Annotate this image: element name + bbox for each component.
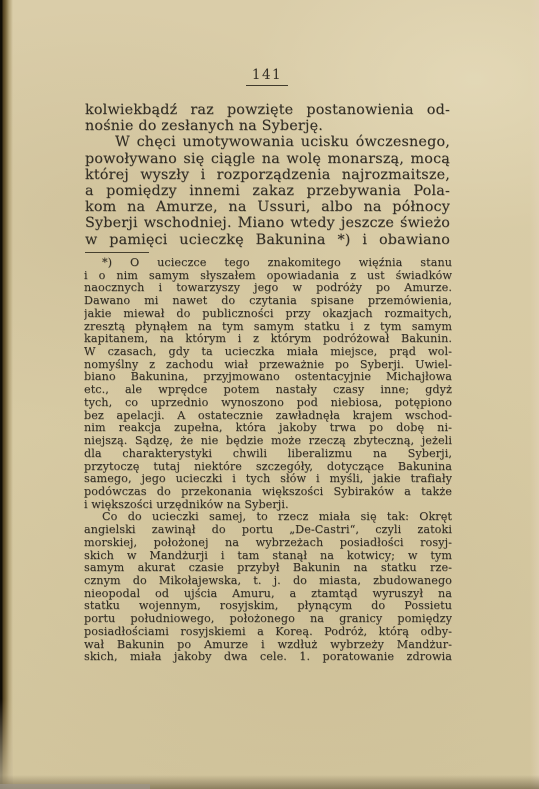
text-line: powoływano się ciągle na wolę monarszą, … [85, 151, 450, 167]
text-line: skich w Mandżurji i tam stanął na kotwic… [84, 550, 452, 563]
text-line: przytoczę tutaj niektóre szczegóły, doty… [84, 461, 452, 474]
text-line: naocznych i towarzyszy jego w podróży po… [84, 282, 452, 295]
scanned-book-page: 141 kolwiekbądź raz powzięte postanowien… [0, 0, 539, 789]
text-line: etc., ale wprędce potem nastały czasy in… [84, 384, 452, 397]
text-line: zresztą płynąłem na tym samym statku i z… [84, 321, 452, 334]
text-line: w pamięci ucieczkę Bakunina *) i obawian… [85, 232, 450, 248]
text-line: nieopodal od ujścia Amuru, a ztamtąd wyr… [84, 588, 452, 601]
text-line: bez apelacji. A ostatecznie zawładnęła k… [84, 410, 452, 423]
text-line: kom na Amurze, na Ussuri, albo na północ… [85, 199, 450, 215]
main-text-block: kolwiekbądź raz powzięte postanowienia o… [85, 102, 450, 248]
text-line: a pomiędzy innemi zakaz przebywania Pola… [85, 183, 450, 199]
page-right-edge [530, 0, 539, 789]
text-line: portu południowego, położonego na granic… [84, 613, 452, 626]
text-line: i o nim samym słyszałem opowiadania z us… [84, 270, 452, 283]
text-line: wał Bakunin po Amurze i wzdłuż wybrzeży … [84, 639, 452, 652]
text-line: skich, miała jakoby dwa cele. 1. poratow… [84, 651, 452, 664]
text-line: jakie miewał do publiczności przy okazja… [84, 308, 452, 321]
paragraph: *) O ucieczce tego znakomitego więźnia s… [84, 257, 452, 511]
text-line: posiadłościami rosyjskiemi a Koreą. Podr… [84, 626, 452, 639]
text-line: podówczas do przekonania większości Sybi… [84, 486, 452, 499]
text-line: statku wojennym, rosyjskim, płynącym do … [84, 600, 452, 613]
text-line: nim reakcja zupełna, która jakoby trwa p… [84, 422, 452, 435]
text-line: Co do ucieczki samej, to rzecz miała się… [84, 511, 452, 524]
paragraph: kolwiekbądź raz powzięte postanowienia o… [85, 102, 450, 134]
text-line: angielski zawinął do portu „De-Castri“, … [84, 524, 452, 537]
text-line: niejszą. Sądzę, że nie będzie może rzecz… [84, 435, 452, 448]
scan-bottom-strip [0, 784, 150, 789]
text-line: samym akurat czasie przybył Bakunin na s… [84, 562, 452, 575]
book-gutter-edge [0, 0, 13, 789]
page-number-text: 141 [246, 67, 288, 86]
text-line: *) O ucieczce tego znakomitego więźnia s… [84, 257, 452, 270]
text-line: kapitanem, na którym i z którym podróżow… [84, 333, 452, 346]
text-line: tych, co uprzednio wynoszono pod niebios… [84, 397, 452, 410]
text-line: nośnie do zesłanych na Syberję. [85, 118, 450, 134]
text-line: Syberji wschodniej. Miano wtedy jeszcze … [85, 215, 450, 231]
text-line: morskiej, położonej na wybrzeżach posiad… [84, 537, 452, 550]
text-line: samego, jego ucieczki i tych słów i myśl… [84, 473, 452, 486]
text-line: i większości urzędników na Syberji. [84, 499, 452, 512]
paragraph: W chęci umotywowania ucisku ówczesnego,p… [85, 134, 450, 247]
footnote-block: *) O ucieczce tego znakomitego więźnia s… [84, 257, 452, 664]
text-line: której wyszły i rozporządzenia najrozmai… [85, 167, 450, 183]
text-line: cznym do Mikołajewska, t. j. do miasta, … [84, 575, 452, 588]
text-line: dla charakterystyki chwili liberalizmu n… [84, 448, 452, 461]
text-line: W czasach, gdy ta ucieczka miała miejsce… [84, 346, 452, 359]
text-line: nomyślny z zachodu wiał przeważnie po Sy… [84, 359, 452, 372]
text-line: biano Bakunina, przyjmowano ostentacyjni… [84, 371, 452, 384]
text-line: W chęci umotywowania ucisku ówczesnego, [85, 134, 450, 150]
paragraph: Co do ucieczki samej, to rzecz miała się… [84, 511, 452, 664]
footnote-separator-rule [85, 252, 149, 253]
text-line: Dawano mi nawet do czytania spisane prze… [84, 295, 452, 308]
page-number: 141 [85, 67, 449, 86]
text-line: kolwiekbądź raz powzięte postanowienia o… [85, 102, 450, 118]
